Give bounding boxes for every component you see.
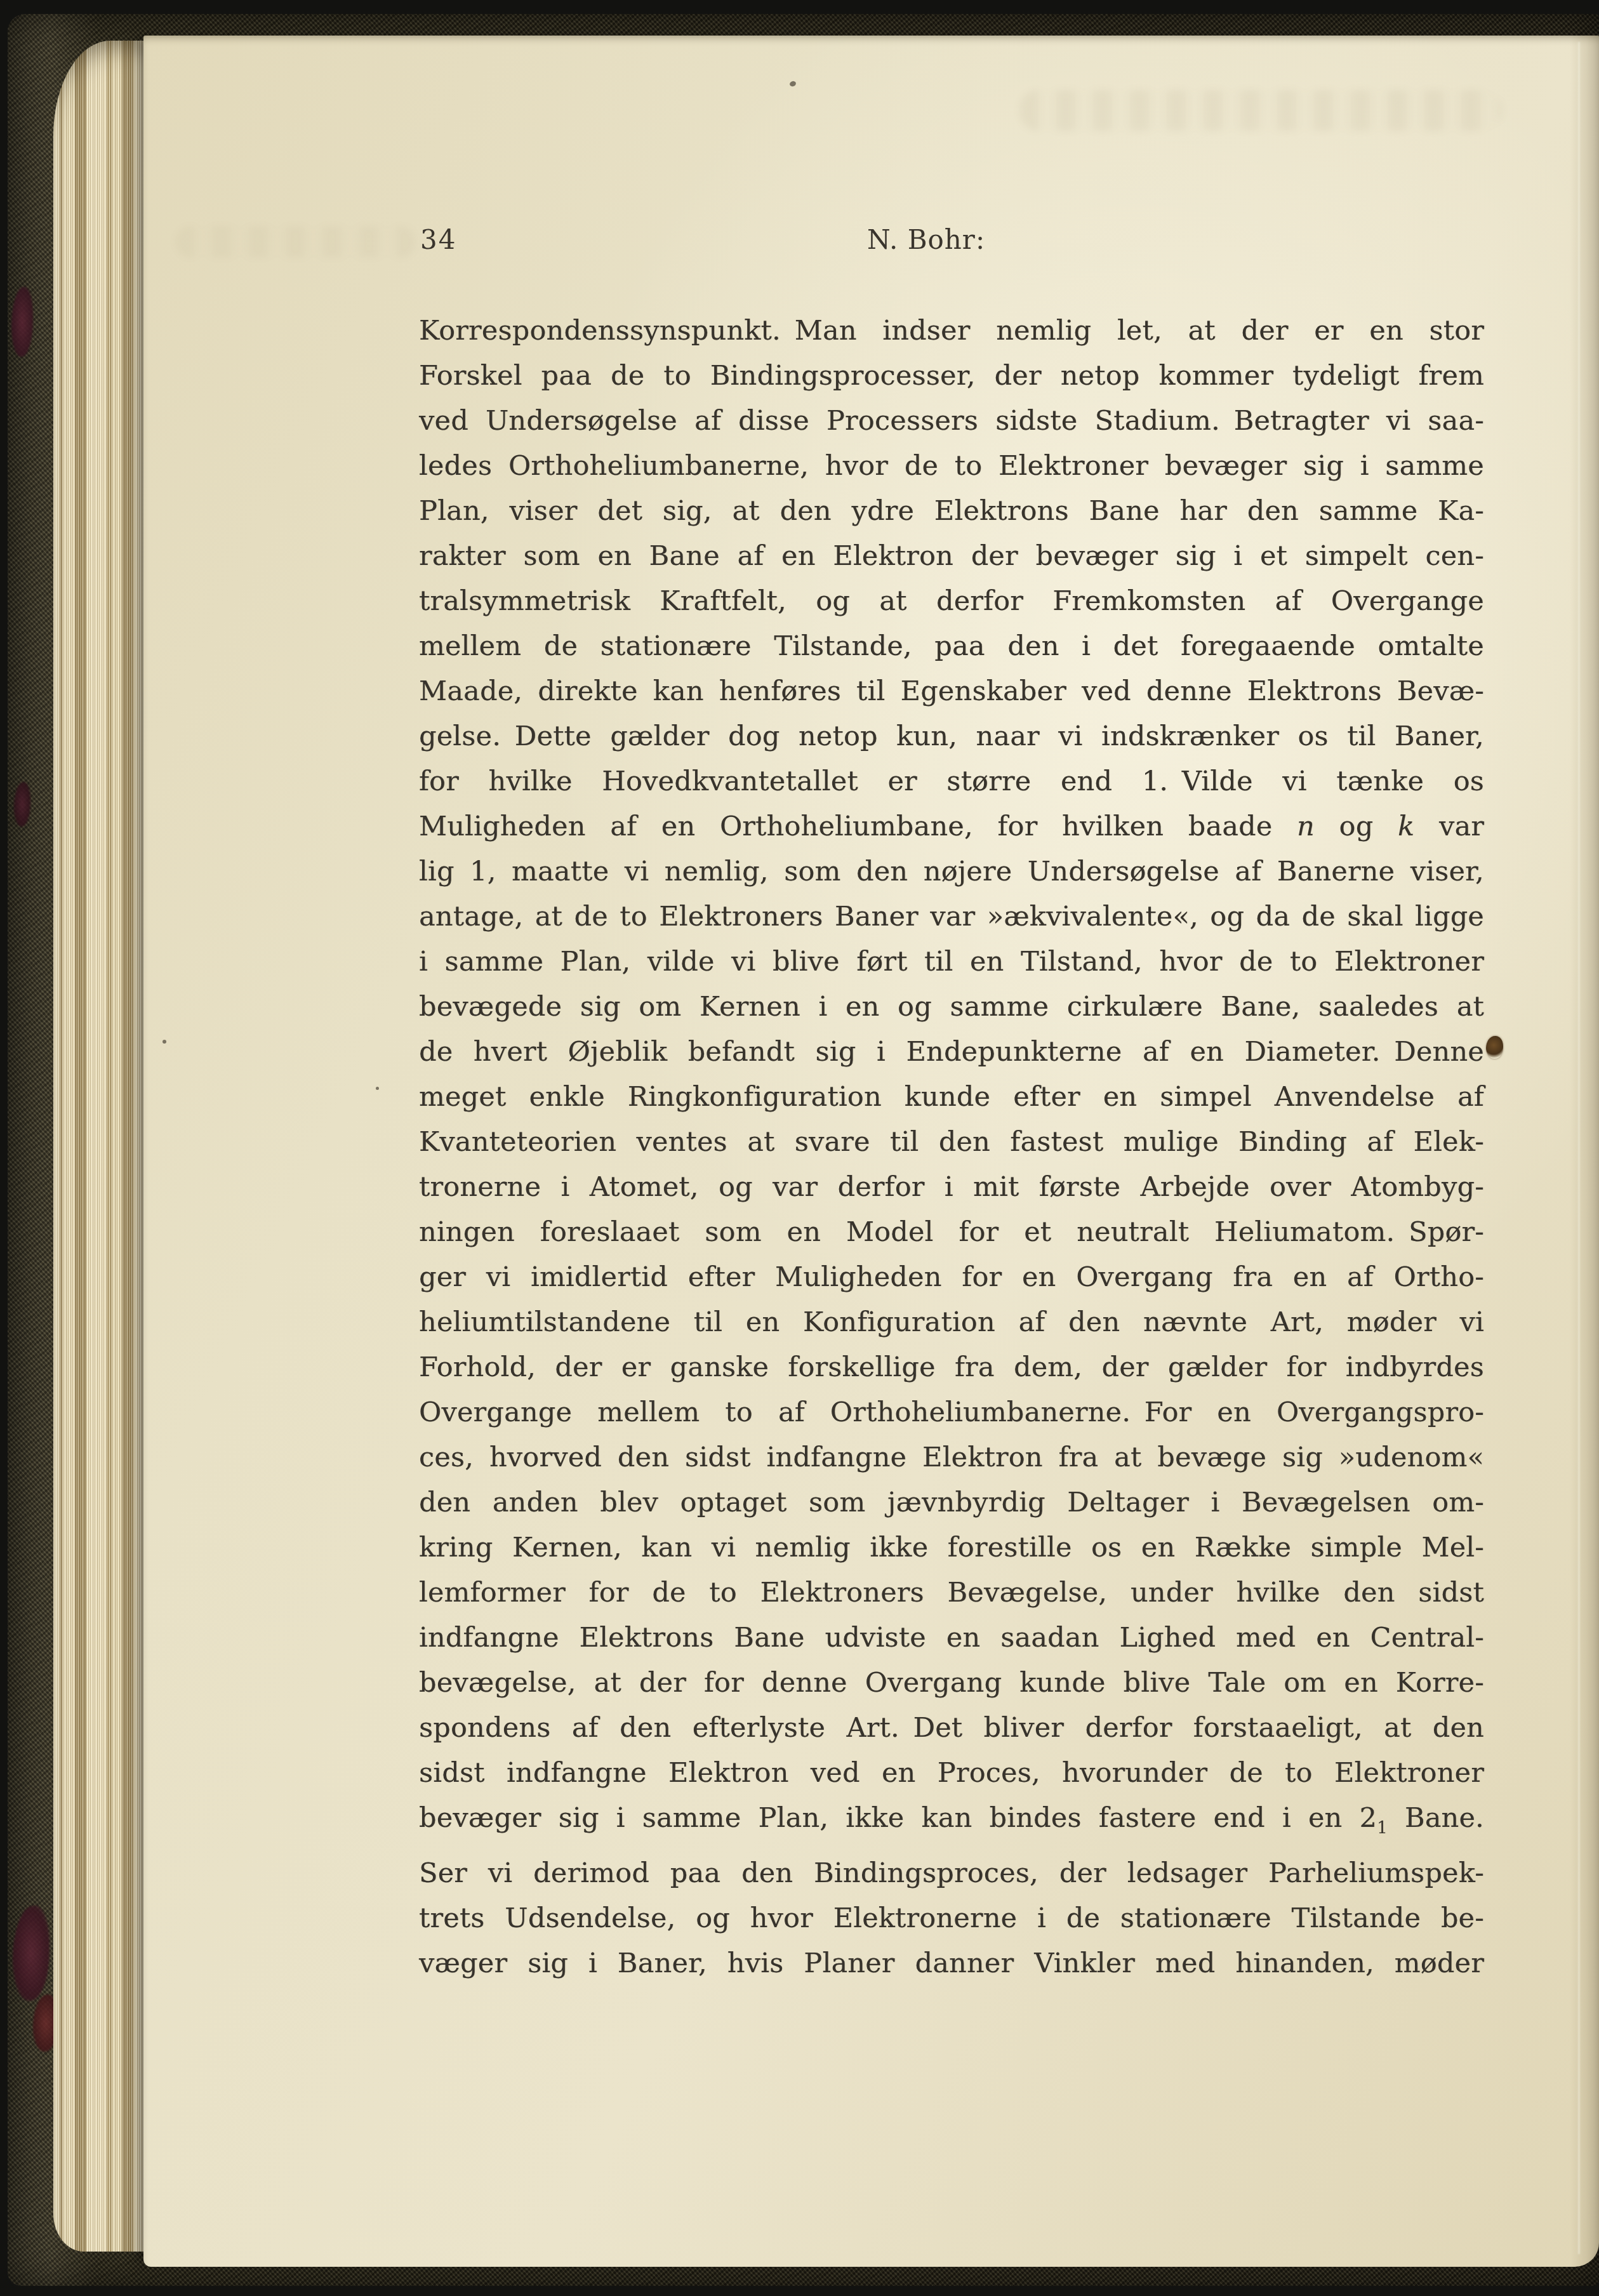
- page-content: 34 N. Bohr: Korrespondenssynspunkt. Man …: [419, 223, 1484, 1986]
- show-through-ghost-text: [1019, 90, 1502, 131]
- text-line: bevægede sig om Kernen i en og samme cir…: [419, 985, 1484, 1030]
- text-line: den anden blev optaget som jævnbyrdig De…: [419, 1480, 1484, 1525]
- paper-speck: [789, 81, 797, 88]
- text-line: lig 1, maatte vi nemlig, som den nøjere …: [419, 849, 1484, 894]
- text-line: i samme Plan, vilde vi blive ført til en…: [419, 939, 1484, 985]
- text-line: væger sig i Baner, hvis Planer danner Vi…: [419, 1941, 1484, 1986]
- text-line: ces, hvorved den sidst indfangne Elektro…: [419, 1435, 1484, 1480]
- scanned-book-photo: { "page": { "number": "34", "running_tit…: [0, 0, 1599, 2296]
- text-line: Maade, direkte kan henføres til Egenskab…: [419, 669, 1484, 714]
- text-line: heliumtilstandene til en Konfiguration a…: [419, 1300, 1484, 1345]
- text-line: ger vi imidlertid efter Muligheden for e…: [419, 1255, 1484, 1300]
- text-line: tralsymmetrisk Kraftfelt, og at derfor F…: [419, 579, 1484, 624]
- text-line: antage, at de to Elektroners Baner var »…: [419, 894, 1484, 939]
- text-line: Ser vi derimod paa den Bindingsproces, d…: [419, 1851, 1484, 1896]
- subscript-text: 1: [1377, 1819, 1388, 1838]
- text-line: for hvilke Hovedkvantetallet er større e…: [419, 759, 1484, 804]
- text-line: tronerne i Atomet, og var derfor i mit f…: [419, 1165, 1484, 1210]
- text-line: Kvanteteorien ventes at svare til den fa…: [419, 1120, 1484, 1165]
- text-line: gelse. Dette gælder dog netop kun, naar …: [419, 714, 1484, 759]
- page-edge-stack: [53, 41, 146, 2252]
- italic-text: k: [1398, 811, 1414, 842]
- marble-spot: [11, 287, 33, 357]
- marble-spot: [13, 1906, 50, 2001]
- text-line: sidst indfangne Elektron ved en Proces, …: [419, 1751, 1484, 1796]
- text-line: lemformer for de to Elektroners Bevægels…: [419, 1570, 1484, 1616]
- text-line: de hvert Øjeblik befandt sig i Endepunkt…: [419, 1030, 1484, 1075]
- text-line: spondens af den efterlyste Art. Det bliv…: [419, 1706, 1484, 1751]
- text-line: trets Udsendelse, og hvor Elektronerne i…: [419, 1896, 1484, 1941]
- text-line: Forskel paa de to Bindingsprocesser, der…: [419, 354, 1484, 399]
- text-line: bevægelse, at der for denne Overgang kun…: [419, 1661, 1484, 1706]
- text-line: Overgange mellem to af Orthoheliumbanern…: [419, 1390, 1484, 1435]
- italic-text: n: [1297, 811, 1315, 842]
- ink-spot: [1486, 1036, 1503, 1059]
- text-line: ningen foreslaaet som en Model for et ne…: [419, 1210, 1484, 1255]
- text-line: Muligheden af en Orthoheliumbane, for hv…: [419, 804, 1484, 849]
- text-line: meget enkle Ringkonfiguration kunde efte…: [419, 1075, 1484, 1120]
- text-line: Korrespondenssynspunkt. Man indser nemli…: [419, 309, 1484, 354]
- body-text: Korrespondenssynspunkt. Man indser nemli…: [419, 309, 1484, 1986]
- text-line: ledes Orthoheliumbanerne, hvor de to Ele…: [419, 444, 1484, 489]
- text-line: ved Undersøgelse af disse Processers sid…: [419, 399, 1484, 444]
- text-line: Forhold, der er ganske forskellige fra d…: [419, 1345, 1484, 1390]
- paper-speck: [163, 1040, 166, 1044]
- page-number: 34: [420, 223, 456, 256]
- paper-speck: [376, 1087, 379, 1090]
- text-line: mellem de stationære Tilstande, paa den …: [419, 624, 1484, 669]
- text-line: rakter som en Bane af en Elektron der be…: [419, 534, 1484, 579]
- marble-spot: [14, 782, 30, 826]
- text-line: bevæger sig i samme Plan, ikke kan binde…: [419, 1796, 1484, 1851]
- text-line: indfangne Elektrons Bane udviste en saad…: [419, 1616, 1484, 1661]
- page-header: 34 N. Bohr:: [419, 223, 1484, 256]
- show-through-ghost-text: [175, 226, 416, 258]
- running-title: N. Bohr:: [867, 223, 985, 256]
- text-line: Plan, viser det sig, at den ydre Elektro…: [419, 489, 1484, 534]
- text-line: kring Kernen, kan vi nemlig ikke foresti…: [419, 1525, 1484, 1570]
